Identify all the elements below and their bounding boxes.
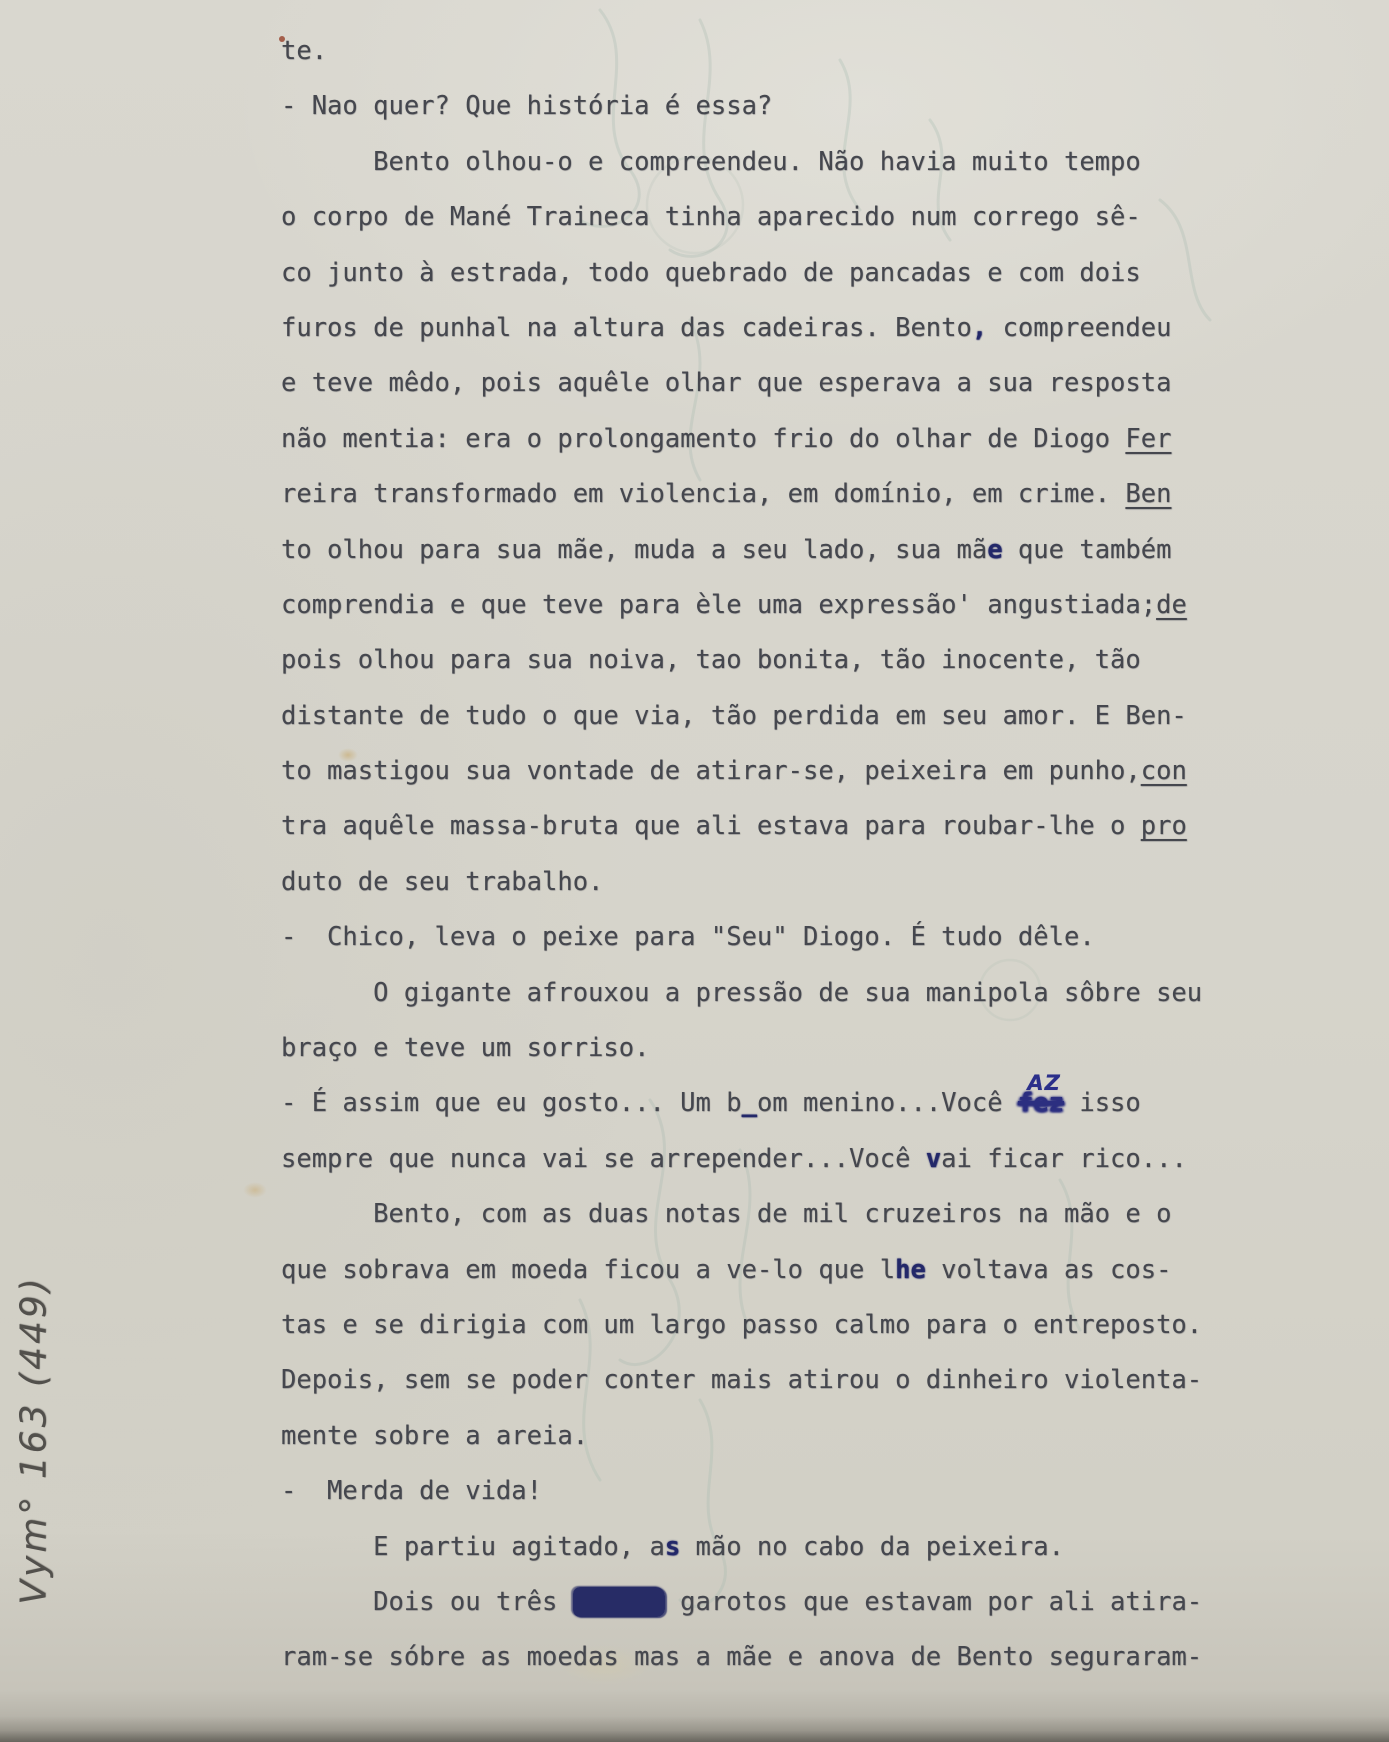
typed-segment: isso (1064, 1088, 1141, 1118)
typed-segment: que sobrava em moeda ficou a ve-lo que l (281, 1255, 895, 1285)
typed-line: o corpo de Mané Traineca tinha aparecido… (281, 190, 1202, 245)
typed-line: - Nao quer? Que história é essa? (281, 79, 1202, 134)
typed-segment-ink: , (972, 313, 987, 343)
typed-segment: não mentia: era o prolongamento frio do … (281, 424, 1125, 454)
typed-segment-ink: v (926, 1144, 941, 1174)
typed-segment: que também (1003, 535, 1172, 565)
typed-segment: comprendia e que teve para èle uma expre… (281, 590, 1156, 620)
typed-segment: pois olhou para sua noiva, tao bonita, t… (281, 645, 1141, 675)
typed-line: sempre que nunca vai se arrepender...Voc… (281, 1132, 1202, 1187)
typed-line: ram-se sóbre as moedas mas a mãe e anova… (281, 1630, 1202, 1685)
typed-segment: to mastigou sua vontade de atirar-se, pe… (281, 756, 1141, 786)
typed-segment: - É assim que eu gosto... Um b (281, 1088, 742, 1118)
handwritten-correction: AZ (1027, 1073, 1060, 1094)
typed-segment-ink: _ (742, 1088, 757, 1118)
typed-segment: Dois ou três (373, 1587, 573, 1617)
typed-line: to mastigou sua vontade de atirar-se, pe… (281, 744, 1202, 799)
typed-line: E partiu agitado, as mão no cabo da peix… (281, 1520, 1202, 1575)
typed-line: O gigante afrouxou a pressão de sua mani… (281, 966, 1202, 1021)
typed-line: Depois, sem se poder conter mais atirou … (281, 1353, 1202, 1408)
manuscript-page: Vym° 163 (449) te.- Nao quer? Que histór… (0, 0, 1389, 1742)
typed-segment-u: pro (1141, 811, 1187, 841)
typed-line: comprendia e que teve para èle uma expre… (281, 578, 1202, 633)
typed-segment: reira transformado em violencia, em domí… (281, 479, 1125, 509)
margin-call-number: Vym° 163 (449) (14, 1275, 55, 1604)
typed-segment-u: con (1141, 756, 1187, 786)
typed-segment: sempre que nunca vai se arrepender...Voc… (281, 1144, 926, 1174)
typed-segment: mão no cabo da peixeira. (680, 1532, 1064, 1562)
typed-line: e teve mêdo, pois aquêle olhar que esper… (281, 356, 1202, 411)
typed-segment: - Merda de vida! (281, 1476, 542, 1506)
typed-segment-u: de (1156, 590, 1187, 620)
typed-segment: om menino...Você (757, 1088, 1018, 1118)
typed-line: co junto à estrada, todo quebrado de pan… (281, 246, 1202, 301)
typed-segment: E partiu agitado, a (373, 1532, 665, 1562)
typed-segment-ink: he (895, 1255, 926, 1285)
typed-segment: ai ficar rico... (941, 1144, 1187, 1174)
typed-segment-blotbar (573, 1587, 665, 1617)
typed-line: não mentia: era o prolongamento frio do … (281, 412, 1202, 467)
typed-segment: co junto à estrada, todo quebrado de pan… (281, 258, 1141, 288)
typed-line: - Chico, leva o peixe para "Seu" Diogo. … (281, 910, 1202, 965)
typed-line: Bento, com as duas notas de mil cruzeiro… (281, 1187, 1202, 1242)
typed-segment: tra aquêle massa-bruta que ali estava pa… (281, 811, 1141, 841)
typed-segment-ink: s (665, 1532, 680, 1562)
typed-line: - Merda de vida! (281, 1464, 1202, 1519)
typed-segment: Bento olhou-o e compreendeu. Não havia m… (373, 147, 1141, 177)
typed-line: tas e se dirigia com um largo passo calm… (281, 1298, 1202, 1353)
typed-line: Bento olhou-o e compreendeu. Não havia m… (281, 135, 1202, 190)
typed-segment: voltava as cos- (926, 1255, 1172, 1285)
typed-segment-ink: e (987, 535, 1002, 565)
typed-segment: furos de punhal na altura das cadeiras. … (281, 313, 972, 343)
typed-segment: ram-se sóbre as moedas mas a mãe e anova… (281, 1642, 1202, 1672)
typed-segment: mente sobre a areia. (281, 1421, 588, 1451)
typed-line: to olhou para sua mãe, muda a seu lado, … (281, 523, 1202, 578)
page-bottom-shadow (0, 1716, 1389, 1742)
typed-segment-blot: fezAZ (1018, 1088, 1064, 1118)
typed-line: Dois ou três garotos que estavam por ali… (281, 1575, 1202, 1630)
paper-stain (243, 1182, 267, 1198)
typed-segment: - Chico, leva o peixe para "Seu" Diogo. … (281, 922, 1095, 952)
typed-segment: braço e teve um sorriso. (281, 1033, 649, 1063)
typed-segment: e teve mêdo, pois aquêle olhar que esper… (281, 368, 1171, 398)
typed-segment: Depois, sem se poder conter mais atirou … (281, 1365, 1202, 1395)
typed-line: - É assim que eu gosto... Um b_om menino… (281, 1076, 1202, 1131)
typed-line: mente sobre a areia. (281, 1409, 1202, 1464)
typed-line: reira transformado em violencia, em domí… (281, 467, 1202, 522)
typed-segment-u: Fer (1125, 424, 1171, 454)
typed-segment: te. (281, 36, 327, 66)
text-body: te.- Nao quer? Que história é essa?Bento… (281, 24, 1202, 1686)
typed-segment: o corpo de Mané Traineca tinha aparecido… (281, 202, 1141, 232)
typed-line: distante de tudo o que via, tão perdida … (281, 689, 1202, 744)
typed-line: duto de seu trabalho. (281, 855, 1202, 910)
typed-line: que sobrava em moeda ficou a ve-lo que l… (281, 1243, 1202, 1298)
typed-segment: O gigante afrouxou a pressão de sua mani… (373, 978, 1202, 1008)
typed-segment: duto de seu trabalho. (281, 867, 603, 897)
typed-segment: tas e se dirigia com um largo passo calm… (281, 1310, 1202, 1340)
typed-segment: - Nao quer? Que história é essa? (281, 91, 772, 121)
typed-segment: Bento, com as duas notas de mil cruzeiro… (373, 1199, 1171, 1229)
typed-line: te. (281, 24, 1202, 79)
typed-line: braço e teve um sorriso. (281, 1021, 1202, 1076)
typed-line: pois olhou para sua noiva, tao bonita, t… (281, 633, 1202, 688)
typed-segment: distante de tudo o que via, tão perdida … (281, 701, 1187, 731)
typed-segment: garotos que estavam por ali atira- (665, 1587, 1202, 1617)
typed-line: furos de punhal na altura das cadeiras. … (281, 301, 1202, 356)
typed-segment: compreendeu (987, 313, 1171, 343)
typed-segment-u: Ben (1125, 479, 1171, 509)
typed-line: tra aquêle massa-bruta que ali estava pa… (281, 799, 1202, 854)
typed-segment: to olhou para sua mãe, muda a seu lado, … (281, 535, 987, 565)
